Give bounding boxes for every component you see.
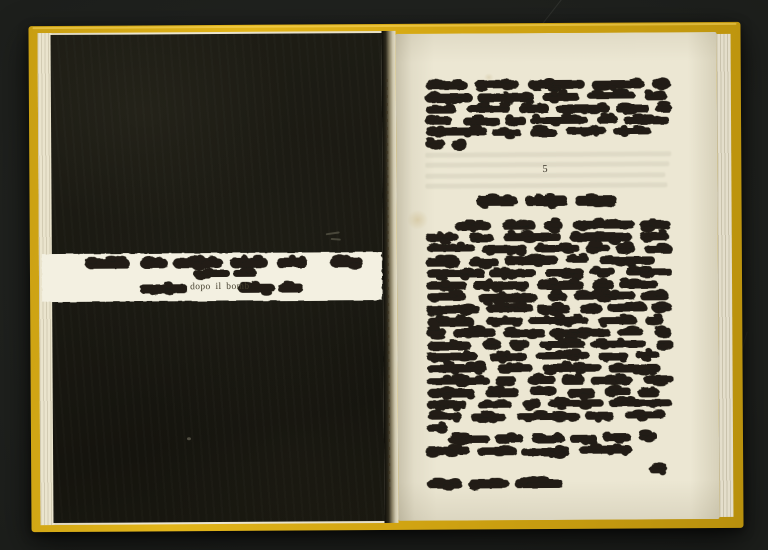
page-number: 5 — [542, 164, 547, 175]
visible-text-fragment: dopo il bomb — [190, 282, 250, 292]
page-stain — [403, 206, 433, 234]
paint-speck — [187, 437, 191, 440]
unpainted-strip — [42, 252, 382, 302]
photo-background: dopo il bomb 5 — [0, 0, 768, 550]
open-book: dopo il bomb 5 — [28, 22, 743, 532]
page-stain — [482, 71, 496, 83]
right-page-edges — [717, 34, 734, 517]
right-page — [396, 32, 720, 521]
